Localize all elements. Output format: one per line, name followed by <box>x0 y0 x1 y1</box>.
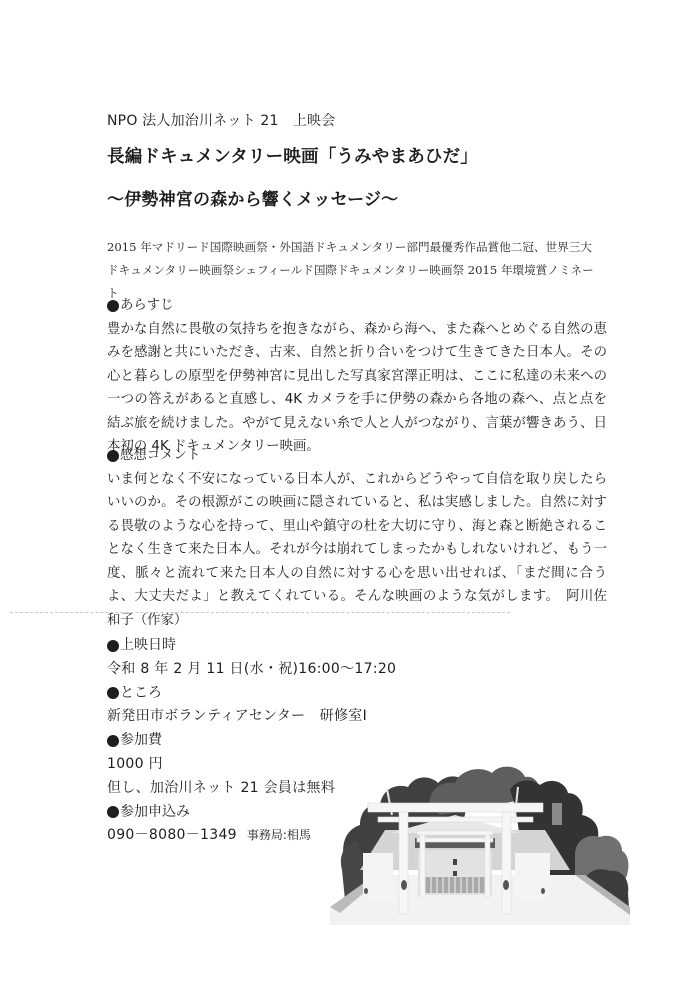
synopsis-text: 豊かな自然に畏敬の気持ちを抱きながら、森から海へ、また森へとめぐる自然の恵みを感… <box>107 318 607 459</box>
bullet-icon <box>107 450 119 462</box>
bullet-icon <box>107 687 119 699</box>
venue-value: 新発田市ボランティアセンター 研修室Ⅰ <box>107 705 396 729</box>
film-subtitle: ～伊勢神宮の森から響くメッセージ～ <box>107 185 398 210</box>
venue-heading-label: ところ <box>120 682 162 706</box>
comment-heading-label: 感想コメント <box>120 444 200 468</box>
shrine-torii-illustration-icon <box>330 735 630 935</box>
phone-number: 090－8080－1349 <box>107 827 237 843</box>
bullet-icon <box>107 735 119 747</box>
venue-heading: ところ <box>107 682 396 706</box>
datetime-heading: 上映日時 <box>107 634 396 658</box>
bullet-icon <box>107 640 119 652</box>
datetime-heading-label: 上映日時 <box>120 634 176 658</box>
comment-body: いま何となく不安になっている日本人が、これからどうやって自信を取り戻したらいいの… <box>107 472 607 605</box>
section-divider <box>10 612 510 613</box>
synopsis-heading-label: あらすじ <box>120 294 174 318</box>
application-heading-label: 参加申込み <box>120 801 190 825</box>
datetime-value: 令和 8 年 2 月 11 日(水・祝)16:00～17:20 <box>107 658 396 682</box>
organizer-line: NPO 法人加治川ネット 21 上映会 <box>107 110 335 130</box>
comment-heading: 感想コメント <box>107 444 607 468</box>
comment-section: 感想コメント いま何となく不安になっている日本人が、これからどうやって自信を取り… <box>107 444 607 632</box>
bullet-icon <box>107 300 119 312</box>
office-contact: 事務局:相馬 <box>247 828 311 842</box>
comment-text: いま何となく不安になっている日本人が、これからどうやって自信を取り戻したらいいの… <box>107 468 607 633</box>
bullet-icon <box>107 806 119 818</box>
synopsis-heading: あらすじ <box>107 294 607 318</box>
synopsis-section: あらすじ 豊かな自然に畏敬の気持ちを抱きながら、森から海へ、また森へとめぐる自然… <box>107 294 607 459</box>
fee-heading-label: 参加費 <box>120 729 162 753</box>
flyer-page: NPO 法人加治川ネット 21 上映会 長編ドキュメンタリー映画「うみやまあひだ… <box>0 0 700 990</box>
film-title: 長編ドキュメンタリー映画「うみやまあひだ」 <box>107 143 478 168</box>
